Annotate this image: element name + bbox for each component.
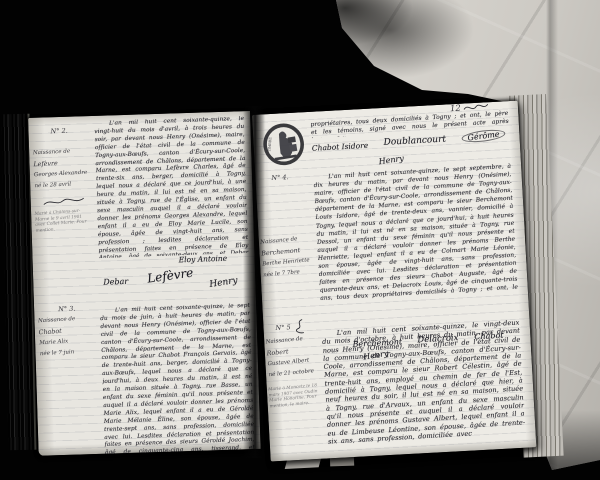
left-register-page: N° 2. Naissance deLefèvreGeorges Alexand… [28, 111, 261, 456]
marginal-mention-note: Marié à Châlons-sur-Marne le 9 avril 190… [34, 208, 92, 246]
flourish-icon [43, 196, 85, 207]
marginal-mention-note: Marié à Moncetz le 18 mars 1907 avec Oud… [268, 383, 328, 432]
signature: Lefèvre [146, 266, 194, 286]
act-margin-note: Naissance deLefèvreGeorges Alexandrené l… [33, 146, 88, 193]
act-margin-note: Naissance deRobertGustave Albertné le 21… [265, 333, 314, 381]
act-margin-note: Naissance deBerchemontBerthe Henriettené… [260, 233, 311, 281]
act-body-text: L'an mil huit cent soixante-quinze, le v… [322, 319, 527, 458]
act-number: N° 4. [271, 173, 289, 182]
act-number: N° 2. [50, 127, 67, 136]
signature: Chabot Isidore [312, 141, 369, 153]
signature: Henry [209, 276, 239, 290]
stamp-text: TIMBRE [268, 137, 273, 152]
paraph-flourish-icon [293, 318, 306, 335]
act-number: N° 3. [58, 305, 75, 314]
signature: Gérôme [461, 128, 506, 144]
signature-block: Eloy Antoine Debar Lefèvre Henry [99, 253, 250, 308]
right-register-page: 12 TIMBRE N° 4. Naissance deBerchemontBe… [252, 101, 536, 462]
officer-signature: Henry [378, 154, 404, 166]
act-margin-note: Naissance deChabotMarie Alixnée le 7 jui… [38, 314, 78, 360]
act-body-text: L'an mil huit cent soixante-quinze, le v… [94, 116, 249, 258]
act-body-text: L'an mil huit cent soixante-quinze, le s… [100, 303, 255, 454]
signature: Doublancourt [383, 135, 446, 148]
register-book-scan: N° 2. Naissance deLefèvreGeorges Alexand… [0, 0, 600, 480]
revenue-stamp-icon: TIMBRE [258, 118, 309, 170]
act-number-value: N° 5 [275, 323, 291, 332]
signature: Eloy Antoine [178, 254, 227, 265]
act-body-text: L'an mil huit cent soixante-quinze, le s… [313, 163, 518, 304]
signature: Debar [103, 277, 128, 287]
